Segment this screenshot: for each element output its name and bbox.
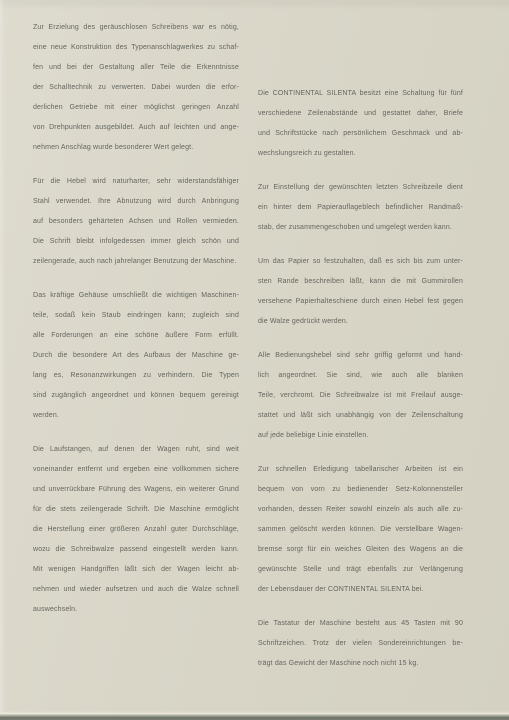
text-line: stattet und läßt sich unabhängig von der…: [258, 406, 463, 426]
text-line: nehmen und wieder aufsetzen und auch die…: [33, 580, 239, 600]
text-line: sten Rande beschreiben läßt, kann die mi…: [258, 272, 463, 292]
text-line: ein hinter dem Papierauflageblech befind…: [258, 198, 463, 218]
text-line: Zur Erzielung des geräuschlosen Schreibe…: [33, 18, 239, 38]
text-line: der Lebensdauer der CONTINENTAL SILENTA …: [258, 580, 463, 600]
paragraph: Zur Erzielung des geräuschlosen Schreibe…: [33, 18, 239, 158]
paragraph: Zur Einstellung der gewünschten letzten …: [258, 178, 463, 238]
text-line: Für die Hebel wird naturharter, sehr wid…: [33, 172, 239, 192]
text-line: verschiedene Zeilenabstände und gestatte…: [258, 104, 463, 124]
text-line: Durch die besondere Art des Aufbaus der …: [33, 346, 239, 366]
text-line: bequem von vorn zu bedienender Setz-Kolo…: [258, 480, 463, 500]
text-line: bremse sorgt für ein weiches Gleiten des…: [258, 540, 463, 560]
paragraph: Um das Papier so festzuhalten, daß es si…: [258, 252, 463, 332]
text-line: Die Laufstangen, auf denen der Wagen ruh…: [33, 440, 239, 460]
text-line: die Herstellung einer größeren Anzahl gu…: [33, 520, 239, 540]
paragraph: Alle Bedienungshebel sind sehr griffig g…: [258, 346, 463, 446]
paragraph: Die Laufstangen, auf denen der Wagen ruh…: [33, 440, 239, 620]
text-line: alle Forderungen an eine schöne äußere F…: [33, 326, 239, 346]
left-column: Zur Erzielung des geräuschlosen Schreibe…: [33, 18, 239, 634]
text-line: fen und bei der Gestaltung aller Teile d…: [33, 58, 239, 78]
paragraph: Für die Hebel wird naturharter, sehr wid…: [33, 172, 239, 272]
paragraph: Die Tastatur der Maschine besteht aus 45…: [258, 614, 463, 674]
text-line: und unverrückbare Führung des Wagens, ei…: [33, 480, 239, 500]
text-line: stab, der zusammengeschoben und umgelegt…: [258, 218, 463, 238]
text-line: Die CONTINENTAL SILENTA besitzt eine Sch…: [258, 84, 463, 104]
page-bottom-edge: [0, 711, 509, 720]
text-line: eine neue Konstruktion des Typenanschlag…: [33, 38, 239, 58]
text-line: Um das Papier so festzuhalten, daß es si…: [258, 252, 463, 272]
text-line: der Schalltechnik zu verwerten. Dabei wu…: [33, 78, 239, 98]
text-line: teile, sodaß kein Staub eindringen kann;…: [33, 306, 239, 326]
text-line: auf jede beliebige Linie einstellen.: [258, 426, 463, 446]
text-line: Zur Einstellung der gewünschten letzten …: [258, 178, 463, 198]
text-line: trägt das Gewicht der Maschine noch nich…: [258, 654, 463, 674]
text-line: auf besonders gehärteten Achsen und Roll…: [33, 212, 239, 232]
text-line: wechslungsreich zu gestalten.: [258, 144, 463, 164]
text-line: die Walze gedrückt werden.: [258, 312, 463, 332]
paragraph: Das kräftige Gehäuse umschließt die wich…: [33, 286, 239, 426]
text-line: und Schriftstücke nach persönlichem Gesc…: [258, 124, 463, 144]
text-line: nehmen Anschlag wurde besonderer Wert ge…: [33, 138, 239, 158]
text-line: sammen gelöscht werden können. Die verst…: [258, 520, 463, 540]
paragraph: Zur schnellen Erledigung tabellarischer …: [258, 460, 463, 600]
text-line: für die stets zeilengerade Schrift. Die …: [33, 500, 239, 520]
text-line: derlichen Getriebe mit einer möglichst g…: [33, 98, 239, 118]
text-line: Teile, verchromt. Die Schreibwalze ist m…: [258, 386, 463, 406]
text-line: Die Tastatur der Maschine besteht aus 45…: [258, 614, 463, 634]
text-line: lang es, Resonanzwirkungen zu verhindern…: [33, 366, 239, 386]
document-page: Zur Erzielung des geräuschlosen Schreibe…: [0, 0, 509, 720]
text-line: versehene Papierhalteschiene durch einen…: [258, 292, 463, 312]
text-line: Die Schrift bleibt infolgedessen immer g…: [33, 232, 239, 252]
text-line: sind zugänglich angeordnet und können be…: [33, 386, 239, 406]
text-line: zeilengerade, auch nach jahrelanger Benu…: [33, 252, 239, 272]
text-line: Schriftzeichen. Trotz der vielen Sondere…: [258, 634, 463, 654]
text-line: voneinander entfernt und ergeben eine vo…: [33, 460, 239, 480]
text-line: Alle Bedienungshebel sind sehr griffig g…: [258, 346, 463, 366]
paragraph: Die CONTINENTAL SILENTA besitzt eine Sch…: [258, 84, 463, 164]
right-column: Die CONTINENTAL SILENTA besitzt eine Sch…: [258, 84, 463, 688]
text-line: Mit wenigen Handgriffen läßt sich der Wa…: [33, 560, 239, 580]
text-line: wozu die Schreibwalze passend eingestell…: [33, 540, 239, 560]
text-line: vorhanden, dessen Reiter sowohl einzeln …: [258, 500, 463, 520]
text-line: werden.: [33, 406, 239, 426]
text-line: Das kräftige Gehäuse umschließt die wich…: [33, 286, 239, 306]
text-line: lich angeordnet. Sie sind, wie auch alle…: [258, 366, 463, 386]
text-line: auswechseln.: [33, 600, 239, 620]
text-line: von Drehpunkten ausgebildet. Auch auf le…: [33, 118, 239, 138]
text-line: Stahl verwendet. Ihre Abnutzung wird dur…: [33, 192, 239, 212]
text-line: gewünschte Stelle und trägt ebenfalls zu…: [258, 560, 463, 580]
text-line: Zur schnellen Erledigung tabellarischer …: [258, 460, 463, 480]
